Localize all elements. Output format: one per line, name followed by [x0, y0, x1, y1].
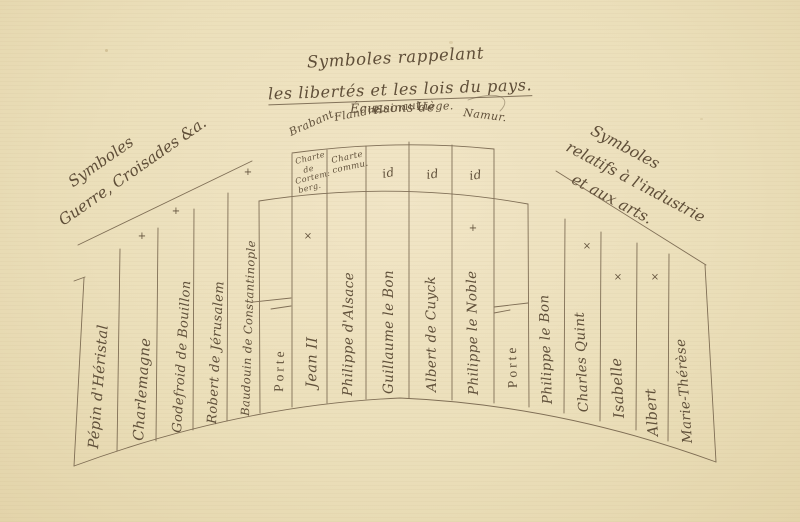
column-name: Baudouin de Constantinople [238, 240, 258, 417]
cross-mark: × [651, 272, 659, 283]
left-door-lintel [271, 306, 291, 309]
colonnade-plan-drawing: Brabant. Flandre. Hainaut. Liège. Namur.… [0, 0, 800, 522]
column-name: Philippe le Noble [464, 270, 482, 396]
column-name: Philippe le Bon [536, 294, 556, 405]
column-divider [259, 201, 260, 413]
province-label: Namur. [462, 106, 508, 124]
cross-mark: × [583, 241, 591, 252]
right-door-lintel [494, 310, 510, 313]
left-door-lintel [253, 298, 291, 302]
column-name: Guillaume le Bon [381, 270, 397, 394]
left-diagonal-rule [78, 161, 252, 245]
column-name: Philippe d'Alsace [340, 272, 357, 397]
province-label: Brabant. [286, 106, 339, 139]
left-door-label: Porte [271, 348, 287, 392]
plus-mark: + [469, 223, 477, 234]
right-door-label: Porte [504, 344, 520, 388]
column-divider [564, 219, 565, 413]
manuscript-page: Symboles rappelant les libertés et les l… [0, 0, 800, 522]
column-top-tick [74, 277, 85, 281]
column-divider [528, 204, 529, 407]
column-name: Albert [643, 388, 662, 439]
idem-charter-label: id [468, 167, 482, 183]
column-divider [74, 278, 84, 466]
cross-marks: + + + + × × × × [138, 167, 659, 283]
column-divider [193, 209, 194, 430]
column-name: Marie-Thérèse [673, 338, 696, 445]
right-wing-columns: Philippe le Bon Charles Quint Isabelle A… [536, 294, 696, 445]
column-divider [705, 265, 716, 462]
column-divider [668, 254, 669, 441]
right-diagonal-rule [556, 171, 706, 265]
column-divider [117, 249, 120, 451]
column-name: Pépin d'Héristal [86, 324, 112, 450]
province-label: Liège. [416, 99, 454, 113]
idem-charter-label: id [425, 166, 439, 182]
column-name: Albert de Cuyck [423, 276, 440, 394]
plus-mark: + [172, 206, 180, 217]
charter-boxes: Charte de Cortem: berg. Charte commu. id… [294, 150, 482, 195]
column-name: Isabelle [609, 357, 628, 419]
province-labels: Brabant. Flandre. Hainaut. Liège. Namur. [286, 98, 508, 139]
column-name: Robert de Jérusalem [205, 281, 228, 426]
plus-mark: + [138, 231, 146, 242]
column-name: Charlemagne [131, 337, 154, 441]
right-door-lintel [494, 303, 528, 307]
left-wing-columns: Pépin d'Héristal Charlemagne Godefroid d… [86, 240, 258, 450]
column-divider [156, 228, 158, 441]
column-divider [636, 243, 637, 430]
column-name: Charles Quint [572, 311, 592, 412]
column-name: Godefroid de Bouillon [170, 280, 194, 433]
column-divider [600, 232, 601, 421]
idem-charter-label: id [381, 165, 396, 181]
cross-mark: × [614, 272, 622, 283]
column-name: Jean II [304, 337, 321, 392]
cross-mark: × [304, 231, 312, 242]
plus-mark: + [244, 167, 252, 178]
column-divider [227, 193, 228, 421]
center-columns: Jean II Philippe d'Alsace Guillaume le B… [304, 270, 482, 397]
